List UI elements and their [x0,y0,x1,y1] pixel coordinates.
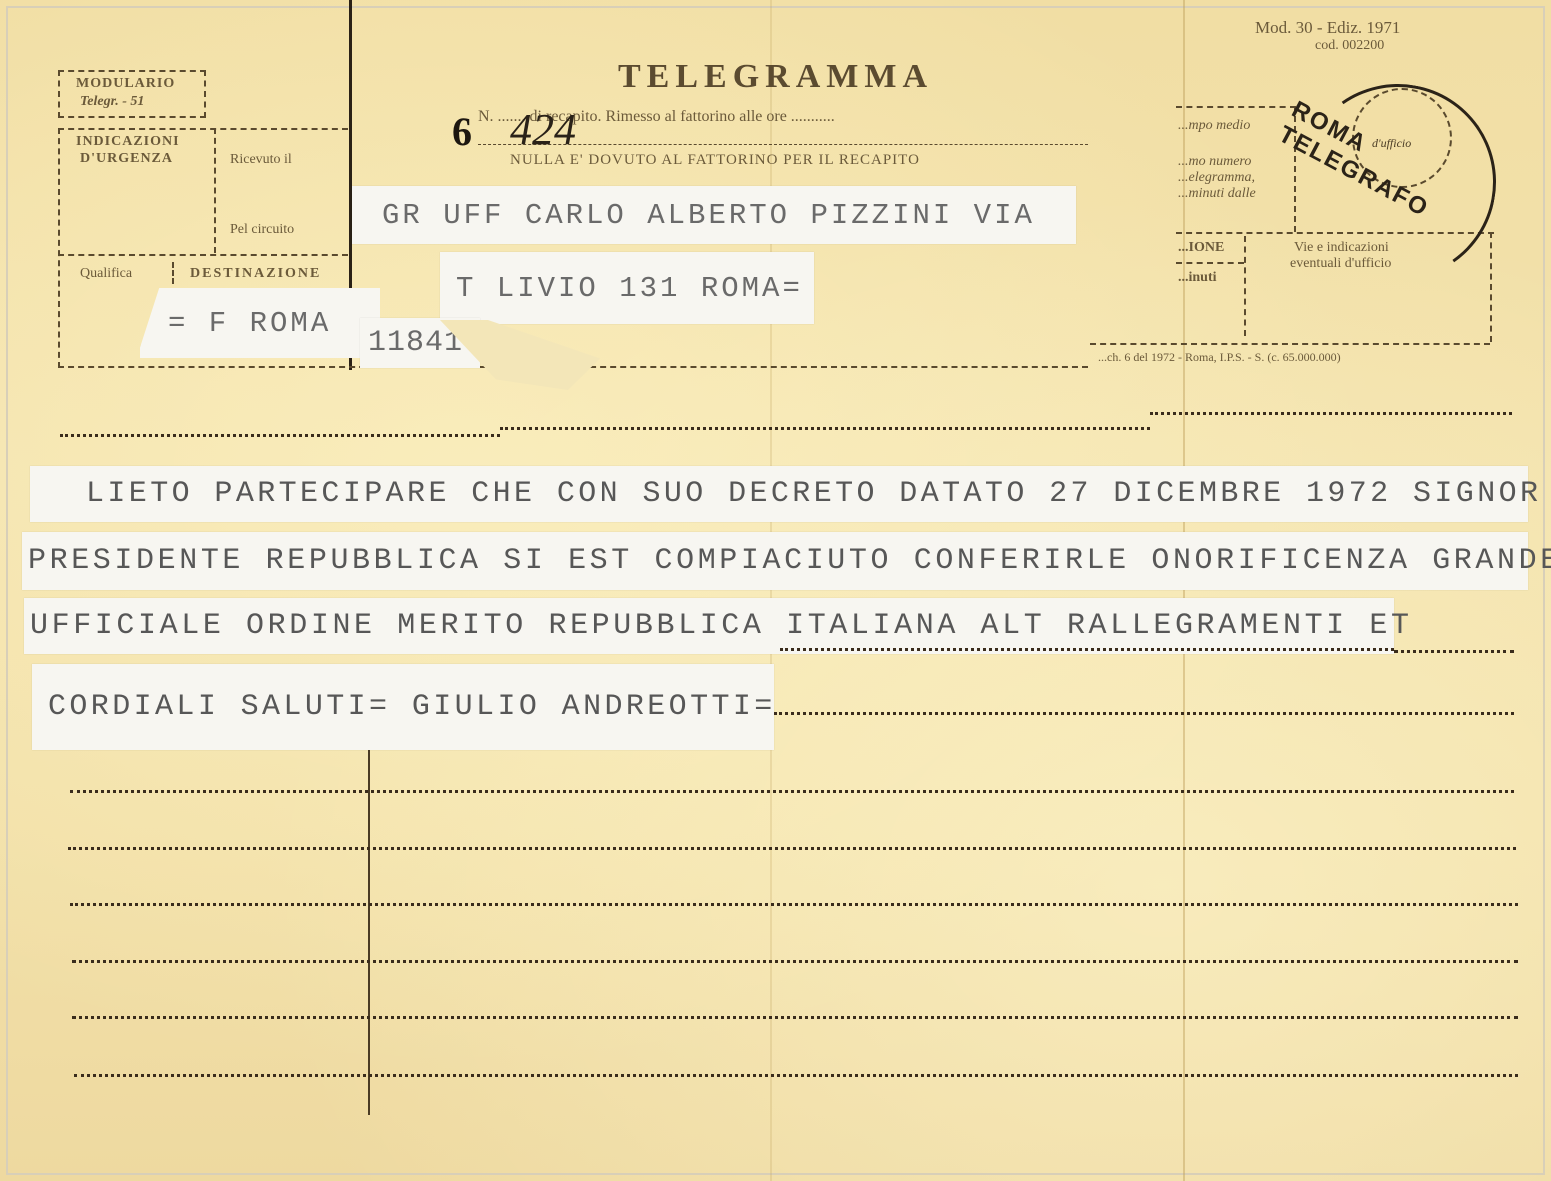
right-box-line-2: ...mo numero [1178,154,1251,170]
right-small-rule [1176,262,1244,264]
dotted-rule-e [780,648,1394,651]
address-line-2: T LIVIO 131 ROMA= [456,272,803,305]
message-line-4: CORDIALI SALUTI= GIULIO ANDREOTTI= [48,690,776,724]
telegram-title: TELEGRAMMA [618,58,933,96]
header-rule [58,128,348,130]
origin-number: 11841 [368,326,463,360]
message-tape-1: LIETO PARTECIPARE CHE CON SUO DECRETO DA… [30,466,1528,522]
dotted-rule-d [1394,650,1514,653]
telegram-page: MODULARIO Telegr. - 51 INDICAZIONI D'URG… [0,0,1551,1181]
pel-circuito-label: Pel circuito [230,222,294,238]
message-line-3: UFFICIALE ORDINE MERITO REPUBBLICA ITALI… [30,609,1413,643]
right-box-line-1: ...mpo medio [1178,118,1250,134]
message-line-2: PRESIDENTE REPUBBLICA SI EST COMPIACIUTO… [28,544,1551,578]
message-line-1: LIETO PARTECIPARE CHE CON SUO DECRETO DA… [86,477,1541,511]
sequence-prefix: 6 [452,108,472,155]
qualifica-label: Qualifica [80,266,132,282]
message-tape-4: CORDIALI SALUTI= GIULIO ANDREOTTI= [32,664,774,750]
right-box-line-3: ...elegramma, [1178,170,1255,186]
right-box-lower-2: ...inuti [1178,270,1217,286]
left-rule [58,128,60,368]
address-tape-2: T LIVIO 131 ROMA= [440,252,814,324]
right-box-top-rule [1176,106,1296,108]
empty-rule-2 [68,847,1516,850]
fold-crease-middle [770,0,772,1181]
qualifica-divider [172,262,174,284]
vie-box-left [1244,236,1246,336]
empty-rule-3 [70,903,1518,906]
indicazioni-label: INDICAZIONI [76,134,180,150]
origin-tape: = F ROMA [140,288,380,358]
dotted-rule-c [1150,412,1512,415]
modulario-code: Telegr. - 51 [80,94,144,110]
urgency-bottom-rule [58,254,348,256]
model-edition: Mod. 30 - Ediz. 1971 [1255,18,1400,38]
address-line-1: GR UFF CARLO ALBERTO PIZZINI VIA [382,199,1035,232]
empty-rule-1 [70,790,1514,793]
dotted-rule-f [774,712,1514,715]
urgency-divider [214,128,216,253]
footer-print-line: ...ch. 6 del 1972 - Roma, I.P.S. - S. (c… [1098,350,1341,365]
modulario-label: MODULARIO [76,76,175,92]
empty-rule-6 [74,1074,1518,1077]
origin-label: = F ROMA [168,307,331,340]
empty-rule-4 [72,960,1518,963]
right-box-bottom-rule [1090,343,1490,345]
form-code: cod. 002200 [1315,38,1384,54]
dotted-rule-a [60,434,500,437]
destinazione-label: DESTINAZIONE [190,266,321,282]
empty-rule-5 [72,1016,1518,1019]
urgenza-label: D'URGENZA [80,151,173,167]
handwritten-number: 424 [510,104,576,155]
address-tape-1: GR UFF CARLO ALBERTO PIZZINI VIA [352,186,1076,244]
right-box-line-4: ...minuti dalle [1178,186,1256,202]
ricevuto-label: Ricevuto il [230,152,292,168]
message-tape-3: UFFICIALE ORDINE MERITO REPUBBLICA ITALI… [24,598,1394,654]
right-box-lower-1: ...IONE [1178,240,1224,256]
dotted-rule-b [500,427,1150,430]
message-tape-2: PRESIDENTE REPUBBLICA SI EST COMPIACIUTO… [22,532,1528,590]
